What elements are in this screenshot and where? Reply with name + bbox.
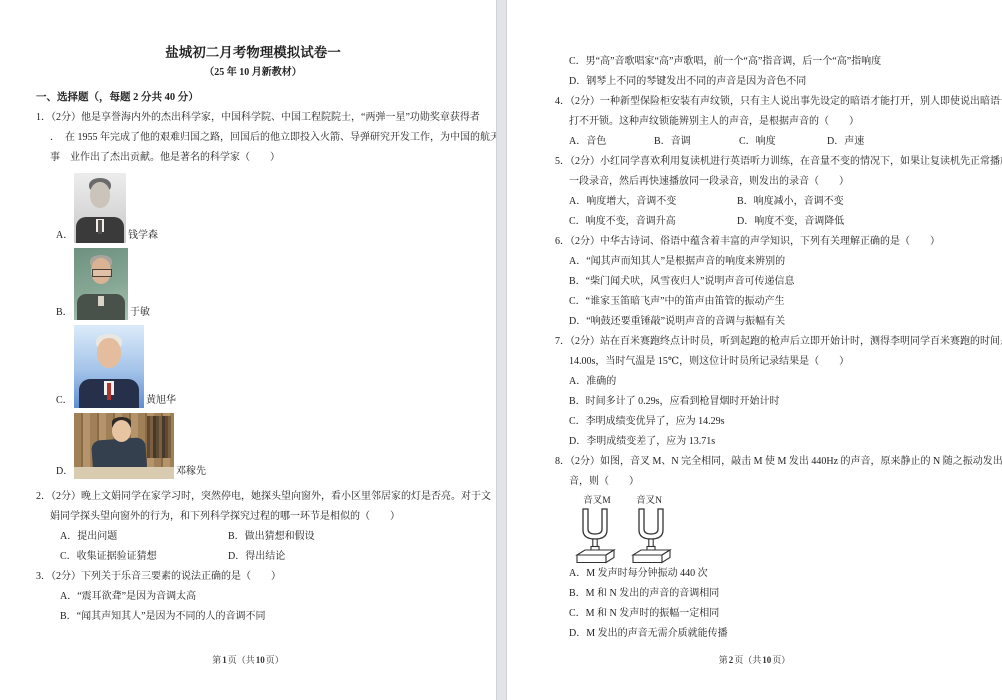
page-number: 2 — [729, 655, 734, 665]
question-7-option-a: A．准确的 — [555, 372, 976, 392]
question-8-option-c: C．M 和 N 发声时的振幅一定相同 — [555, 604, 976, 624]
question-4-options: A．音色 B．音调 C．响度 D．声速 — [555, 132, 976, 152]
choice-a-label: A． — [56, 229, 70, 243]
question-1-choice-d: D． 邓稼先 — [56, 413, 470, 479]
choice-c-name: 黄旭华 — [146, 394, 176, 408]
page-1-content: 盐城初二月考物理模拟试卷一 （25 年 10 月新教材） 一、选择题（，每题 2… — [0, 0, 496, 627]
question-3-option-d: D．钢琴上不同的琴键发出不同的声音是因为音色不同 — [555, 72, 976, 92]
choice-c-label: C． — [56, 394, 70, 408]
question-8-option-a: A．M 发声时每分钟振动 440 次 — [555, 564, 976, 584]
page-number: 1 — [222, 655, 227, 665]
question-8-option-d: D．M 发出的声音无需介质就能传播 — [555, 624, 976, 644]
question-2-line-2: 娟同学探头望向窗外的行为，和下列科学探究过程的哪一环节是相似的（ ） — [36, 507, 470, 527]
question-1-choice-b: B． 于敏 — [56, 248, 470, 320]
question-5-line-2: 一段录音，然后再快速播放同一段录音，则发出的录音（ ） — [555, 172, 976, 192]
question-1-line-1: 1．（2分）他是享誉海内外的杰出科学家，中国科学院、中国工程院院士，“两弹一星”… — [36, 108, 470, 128]
question-3-option-a: A．“震耳欲聋”是因为音调太高 — [36, 587, 470, 607]
question-8-option-b: B．M 和 N 发出的声音的音调相同 — [555, 584, 976, 604]
question-6-option-c: C．“谁家玉笛暗飞声”中的笛声由笛管的振动产生 — [555, 292, 976, 312]
exam-subtitle: （25 年 10 月新教材） — [36, 62, 470, 84]
question-4-option-b: B．音调 — [654, 132, 739, 152]
question-1-line-2: ． 在 1955 年完成了他的艰难归国之路，回国后的他立即投入火箭、导弹研究开发… — [36, 128, 470, 148]
portrait-yu-min — [74, 248, 128, 320]
question-3-option-c: C．男“高”音歌唱家“高”声歌唱，前一个“高”指音调，后一个“高”指响度 — [555, 52, 976, 72]
page-1-footer: 第1页（共10页） — [0, 653, 496, 666]
question-5-option-b: B．响度减小，音调不变 — [737, 192, 844, 212]
portrait-huang-xuhua — [74, 325, 144, 408]
page-2: C．男“高”音歌唱家“高”声歌唱，前一个“高”指音调，后一个“高”指响度 D．钢… — [506, 0, 1002, 700]
choice-b-name: 于敏 — [130, 306, 150, 320]
portrait-deng-jiaxian — [74, 413, 174, 479]
question-6-option-d: D．“响鼓还要重锤敲”说明声音的音调与振幅有关 — [555, 312, 976, 332]
tuning-forks-icon — [571, 508, 687, 564]
question-5-option-c: C．响度不变，音调升高 — [569, 212, 737, 232]
question-1-line-3: 事 业作出了杰出贡献。他是著名的科学家（ ） — [36, 148, 470, 168]
question-7-option-b: B．时间多计了 0.29s，应看到枪冒烟时开始计时 — [555, 392, 976, 412]
page-gap — [497, 0, 506, 700]
page-2-footer: 第2页（共10页） — [507, 653, 1002, 666]
question-3-line-1: 3．（2分）下列关于乐音三要素的说法正确的是（ ） — [36, 567, 470, 587]
exam-title: 盐城初二月考物理模拟试卷一 — [36, 44, 470, 62]
question-7-option-d: D．李明成绩变差了，应为 13.71s — [555, 432, 976, 452]
question-1-choice-a: A． 钱学森 — [56, 173, 470, 243]
question-8-line-2: 音，则（ ） — [555, 472, 976, 492]
choice-d-label: D． — [56, 465, 70, 479]
question-2-option-c: C．收集证据验证猜想 — [60, 547, 228, 567]
fork-m-label: 音叉M — [571, 494, 623, 508]
question-5-line-1: 5．（2分）小红同学喜欢利用复读机进行英语听力训练，在音量不变的情况下，如果让复… — [555, 152, 976, 172]
page-1: 盐城初二月考物理模拟试卷一 （25 年 10 月新教材） 一、选择题（，每题 2… — [0, 0, 497, 700]
question-2-option-b: B．做出猜想和假设 — [228, 527, 315, 547]
question-7-line-1: 7．（2分）站在百米赛跑终点计时员，听到起跑的枪声后立即开始计时，测得李明同学百… — [555, 332, 976, 352]
question-4-line-1: 4．（2分）一种新型保险柜安装有声纹锁，只有主人说出事先设定的暗语才能打开，别人… — [555, 92, 976, 112]
fork-n-label: 音叉N — [623, 494, 675, 508]
question-2-option-a: A．提出问题 — [60, 527, 228, 547]
question-7-line-2: 14.00s，当时气温是 15℃，则这位计时员所记录结果是（ ） — [555, 352, 976, 372]
question-3-option-b: B．“闻其声知其人”是因为不同的人的音调不同 — [36, 607, 470, 627]
question-2-options-cd: C．收集证据验证猜想 D．得出结论 — [36, 547, 470, 567]
question-8-line-1: 8．（2分）如图，音叉 M、N 完全相同，敲击 M 使 M 发出 440Hz 的… — [555, 452, 976, 472]
question-7-option-c: C．李明成绩变优异了，应为 14.29s — [555, 412, 976, 432]
question-5-option-d: D．响度不变，音调降低 — [737, 212, 844, 232]
question-4-option-a: A．音色 — [569, 132, 654, 152]
tuning-fork-m-icon — [577, 509, 614, 563]
portrait-qian-xuesen — [74, 173, 126, 243]
document-viewer: 盐城初二月考物理模拟试卷一 （25 年 10 月新教材） 一、选择题（，每题 2… — [0, 0, 1002, 700]
question-6-option-b: B．“柴门闻犬吠，风雪夜归人”说明声音可传递信息 — [555, 272, 976, 292]
question-6-option-a: A．“闻其声而知其人”是根据声音的响度来辨别的 — [555, 252, 976, 272]
question-5-options-ab: A．响度增大，音调不变 B．响度减小，音调不变 — [555, 192, 976, 212]
question-5-options-cd: C．响度不变，音调升高 D．响度不变，音调降低 — [555, 212, 976, 232]
question-4-option-c: C．响度 — [739, 132, 827, 152]
tuning-fork-labels: 音叉M音叉N — [571, 494, 976, 508]
section-heading: 一、选择题（，每题 2 分共 40 分） — [36, 88, 470, 108]
question-4-line-2: 打不开锁。这种声纹锁能辨别主人的声音，是根据声音的（ ） — [555, 112, 976, 132]
total-pages: 10 — [762, 655, 771, 665]
choice-a-name: 钱学森 — [128, 229, 158, 243]
question-2-option-d: D．得出结论 — [228, 547, 285, 567]
question-1-choice-c: C． 黄旭华 — [56, 325, 470, 408]
question-6-line-1: 6．（2分）中华古诗词、俗语中蕴含着丰富的声学知识，下列有关理解正确的是（ ） — [555, 232, 976, 252]
question-2-options-ab: A．提出问题 B．做出猜想和假设 — [36, 527, 470, 547]
page-2-content: C．男“高”音歌唱家“高”声歌唱，前一个“高”指音调，后一个“高”指响度 D．钢… — [507, 0, 1002, 644]
tuning-fork-n-icon — [633, 509, 670, 563]
choice-b-label: B． — [56, 306, 70, 320]
question-5-option-a: A．响度增大，音调不变 — [569, 192, 737, 212]
question-4-option-d: D．声速 — [827, 132, 864, 152]
total-pages: 10 — [256, 655, 265, 665]
question-2-line-1: 2．（2分）晚上文娟同学在家学习时，突然停电，她探头望向窗外，看小区里邻居家的灯… — [36, 487, 470, 507]
tuning-fork-figure: 音叉M音叉N — [571, 494, 976, 564]
choice-d-name: 邓稼先 — [176, 465, 206, 479]
